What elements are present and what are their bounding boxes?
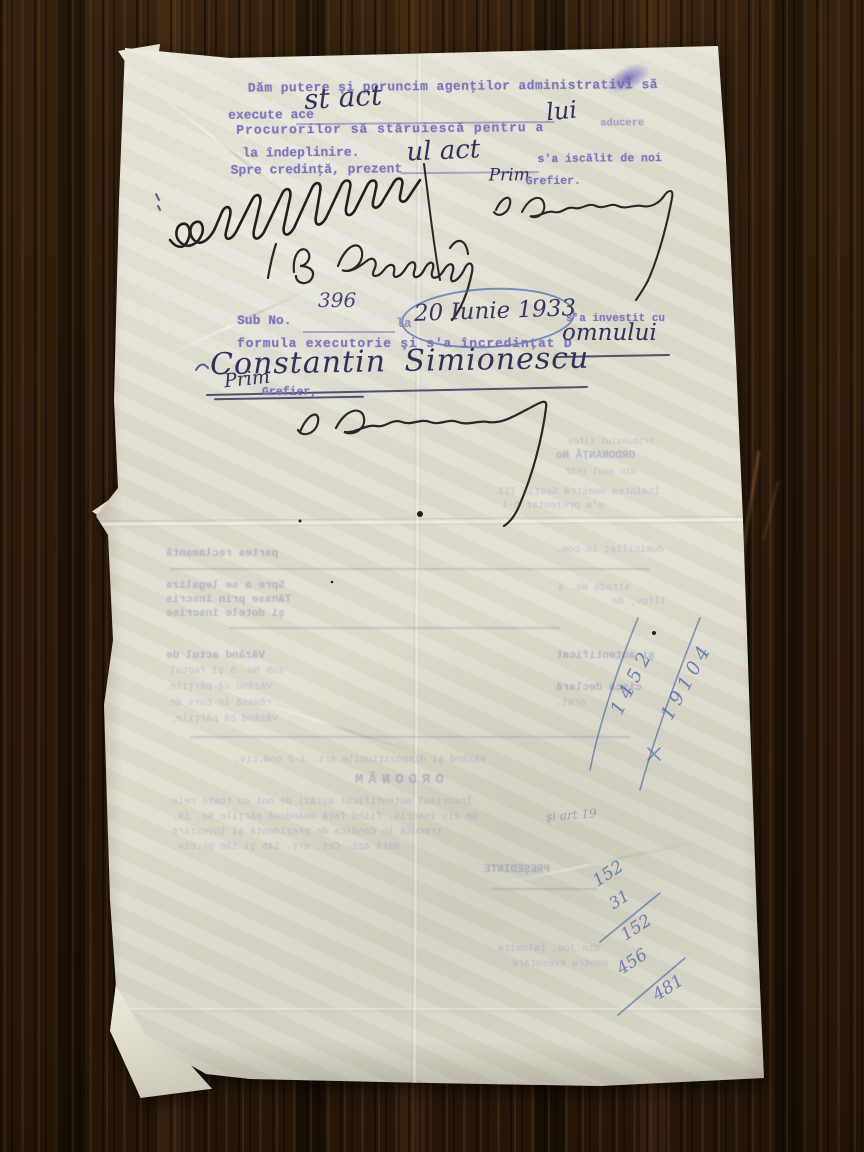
paper-sheet: Dăm putere şi poruncim agenţilor adminis… — [96, 22, 776, 1094]
document-paper: Dăm putere şi poruncim agenţilor adminis… — [96, 22, 776, 1094]
photo-scene: Dăm putere şi poruncim agenţilor adminis… — [0, 0, 864, 1152]
stroke-overlay — [96, 22, 776, 1094]
